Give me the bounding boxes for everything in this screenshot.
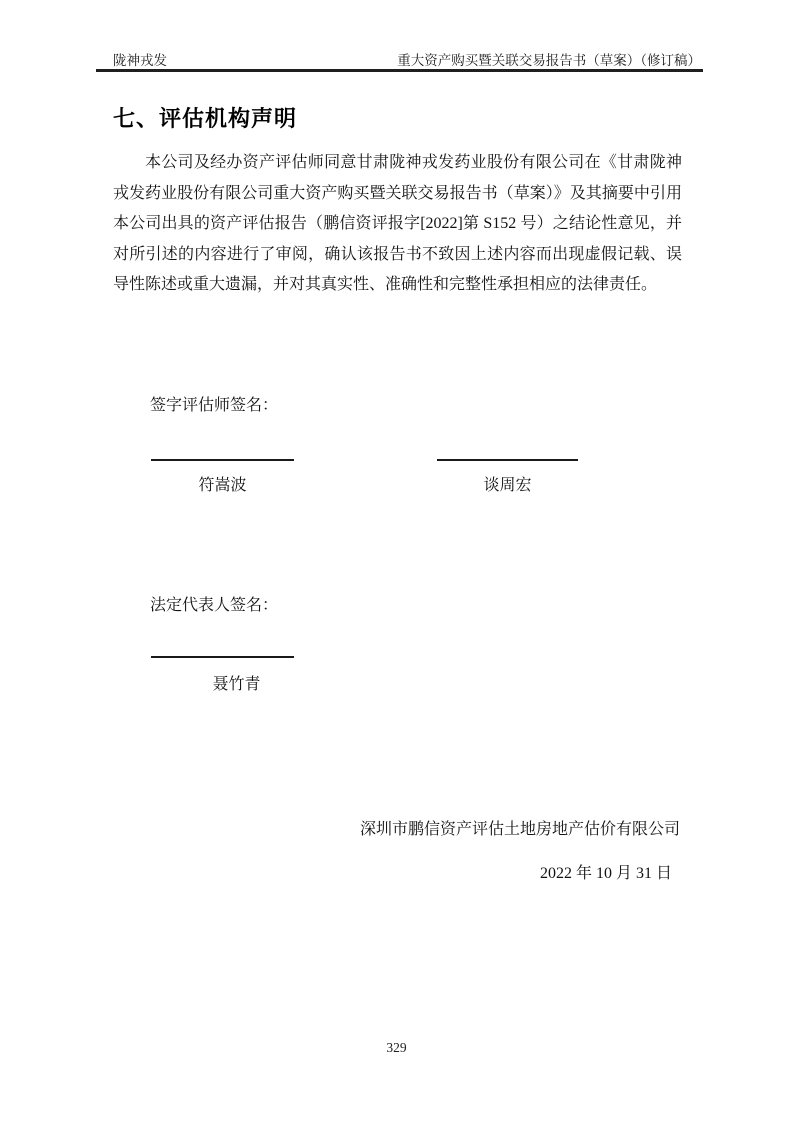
page-number: 329 (0, 1040, 793, 1056)
signature-line-legal-rep (151, 656, 294, 658)
header-company-short: 陇神戎发 (96, 53, 167, 69)
legal-rep-signature-label: 法定代表人签名： (150, 592, 278, 615)
section-title: 七、评估机构声明 (113, 102, 682, 133)
report-date: 2022 年 10 月 31 日 (113, 860, 672, 883)
appraisal-company-name: 深圳市鹏信资产评估土地房地产估价有限公司 (113, 816, 680, 839)
legal-rep-name: 聂竹青 (165, 671, 308, 694)
signature-line-appraiser-1 (151, 459, 294, 461)
appraiser-name-2: 谈周宏 (437, 472, 578, 495)
page-header: 陇神戎发 重大资产购买暨关联交易报告书（草案）（修订稿） (96, 53, 703, 69)
document-page: 陇神戎发 重大资产购买暨关联交易报告书（草案）（修订稿） 七、评估机构声明 本公… (0, 0, 793, 1122)
declaration-paragraph: 本公司及经办资产评估师同意甘肃陇神戎发药业股份有限公司在《甘肃陇神戎发药业股份有… (113, 148, 682, 301)
appraisers-signature-label: 签字评估师签名： (150, 392, 278, 415)
header-divider-line (96, 69, 703, 72)
appraiser-name-1: 符嵩波 (151, 472, 294, 495)
header-report-title: 重大资产购买暨关联交易报告书（草案）（修订稿） (397, 53, 703, 69)
signature-line-appraiser-2 (437, 459, 578, 461)
